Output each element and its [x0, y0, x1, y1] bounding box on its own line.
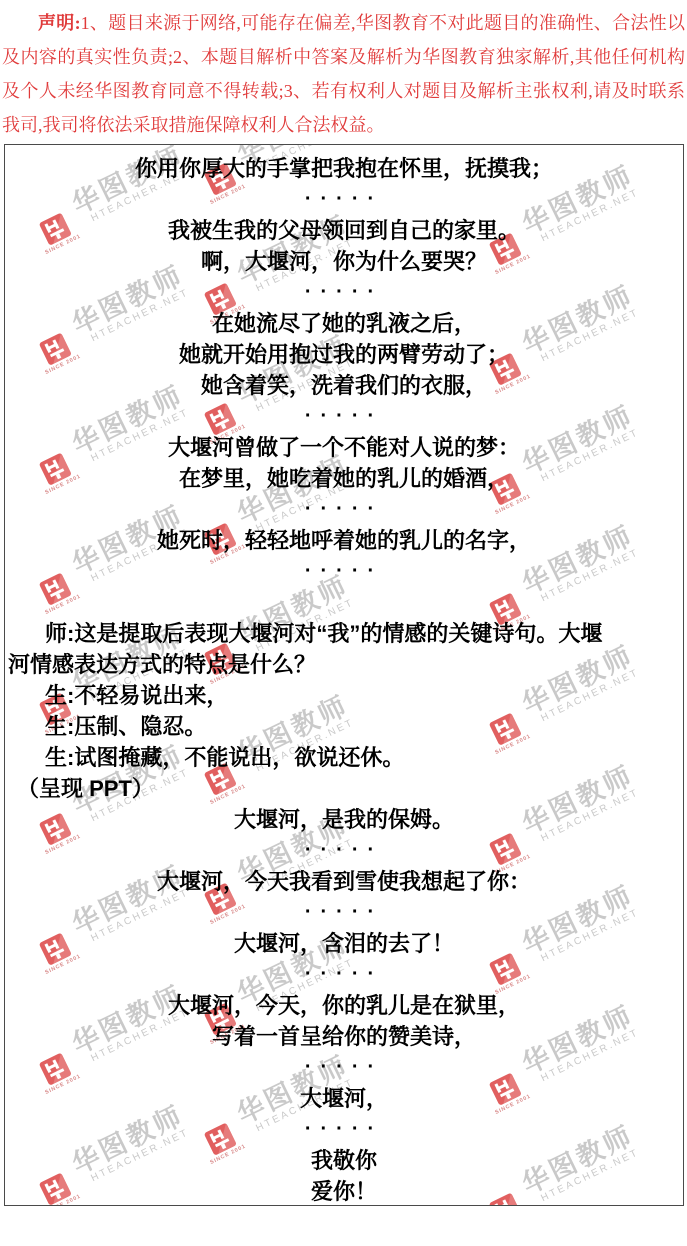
poem-line: 大堰河，今天我看到雪使我想起了你：	[5, 866, 683, 897]
ellipsis-line: ·····	[5, 1114, 683, 1145]
disclaimer-body: 1、题目来源于网络,可能存在偏差,华图教育不对此题目的准确性、合法性以及内容的真…	[2, 13, 685, 135]
ellipsis-line: ·····	[5, 959, 683, 990]
poem-line: 河情感表达方式的特点是什么？	[5, 649, 683, 680]
disclaimer-label: 声明:	[38, 13, 81, 33]
poem-line: 在她流尽了她的乳液之后，	[5, 308, 683, 339]
student-line: 生:压制、隐忍。	[5, 711, 683, 742]
stage-direction-line: （呈现 PPT）	[5, 773, 683, 804]
content-box: SINCE 2001华图教师HTEACHER.NETSINCE 2001华图教师…	[4, 144, 684, 1206]
ellipsis-line: ·····	[5, 277, 683, 308]
text-layer: 你用你厚大的手掌把我抱在怀里，抚摸我；·····我被生我的父母领回到自己的家里。…	[5, 145, 683, 1206]
poem-line: 啊，大堰河，你为什么要哭？	[5, 246, 683, 277]
poem-line: 她含着笑，洗着我们的衣服，	[5, 370, 683, 401]
poem-line: 她就开始用抱过我的两臂劳动了；	[5, 339, 683, 370]
teacher-line: 师:这是提取后表现大堰河对“我”的情感的关键诗句。大堰	[5, 618, 683, 649]
ellipsis-line: ·····	[5, 1052, 683, 1083]
poem-line: 她死时，轻轻地呼着她的乳儿的名字，	[5, 525, 683, 556]
poem-line: 大堰河，是我的保姆。	[5, 804, 683, 835]
poem-line: 你用你厚大的手掌把我抱在怀里，抚摸我；	[5, 153, 683, 184]
student-line: 生:不轻易说出来，	[5, 680, 683, 711]
poem-line: 我被生我的父母领回到自己的家里。	[5, 215, 683, 246]
disclaimer-text: 声明:1、题目来源于网络,可能存在偏差,华图教育不对此题目的准确性、合法性以及内…	[2, 6, 685, 142]
ellipsis-line: ·····	[5, 401, 683, 432]
ellipsis-line: ·····	[5, 184, 683, 215]
poem-line: 大堰河，含泪的去了！	[5, 928, 683, 959]
poem-line: 在梦里，她吃着她的乳儿的婚酒，	[5, 463, 683, 494]
ellipsis-line: ·····	[5, 897, 683, 928]
poem-line: 爱你！	[5, 1176, 683, 1206]
poem-line: 写着一首呈给你的赞美诗，	[5, 1021, 683, 1052]
student-line: 生:试图掩藏，不能说出，欲说还休。	[5, 742, 683, 773]
ellipsis-line: ·····	[5, 556, 683, 587]
poem-line: 大堰河，今天，你的乳儿是在狱里，	[5, 990, 683, 1021]
poem-line: 大堰河，	[5, 1083, 683, 1114]
ellipsis-line: ·····	[5, 494, 683, 525]
poem-line: 我敬你	[5, 1145, 683, 1176]
poem-line: 大堰河曾做了一个不能对人说的梦：	[5, 432, 683, 463]
ellipsis-line: ·····	[5, 835, 683, 866]
